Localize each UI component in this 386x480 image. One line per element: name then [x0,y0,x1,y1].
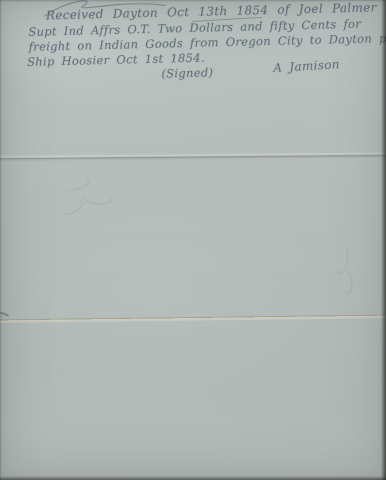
scanned-document: Received Dayton Oct 13th 1854 of Joel Pa… [0,0,386,480]
scan-edge-bottom [0,476,386,480]
signed-label: (Signed) [161,65,213,80]
scan-edge-top [0,0,386,2]
scan-edge-right [381,0,386,480]
scan-edge-left [0,0,2,480]
